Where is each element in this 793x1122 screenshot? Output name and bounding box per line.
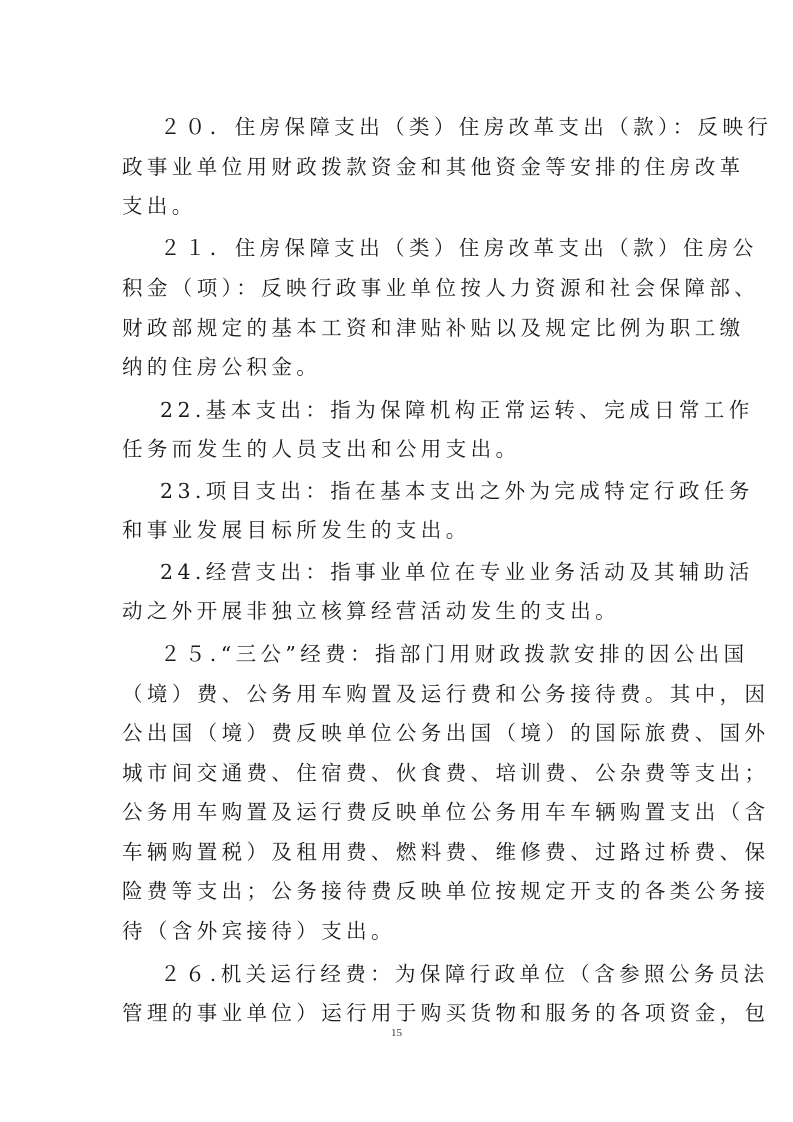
page-number: 15 [0,1027,793,1039]
paragraph-25-line-5: 公务用车购置及运行费反映单位公务用车车辆购置支出（含 [122,797,682,827]
paragraph-21-line-2: 积金（项）：反映行政事业单位按人力资源和社会保障部、 [122,273,682,303]
paragraph-23-line-2: 和事业发展目标所发生的支出。 [122,515,682,545]
paragraph-25-line-4: 城市间交通费、住宿费、伙食费、培训费、公杂费等支出； [122,758,682,788]
paragraph-26-line-2: 管理的事业单位）运行用于购买货物和服务的各项资金，包 [122,998,682,1028]
paragraph-20-line-2: 政事业单位用财政拨款资金和其他资金等安排的住房改革 [122,152,682,182]
document-page: ２０．住房保障支出（类）住房改革支出（款）：反映行 政事业单位用财政拨款资金和其… [0,0,793,1122]
paragraph-26-line-1: ２６.机关运行经费：为保障行政单位（含参照公务员法 [160,959,720,989]
paragraph-21-line-3: 财政部规定的基本工资和津贴补贴以及规定比例为职工缴 [122,313,682,343]
paragraph-21-line-4: 纳的住房公积金。 [122,352,682,382]
paragraph-23-line-1: 23.项目支出：指在基本支出之外为完成特定行政任务 [160,476,720,506]
paragraph-20-line-3: 支出。 [122,191,682,221]
paragraph-25-line-1: ２５.“三公”经费：指部门用财政拨款安排的因公出国 [160,639,720,669]
paragraph-21-line-1: ２１．住房保障支出（类）住房改革支出（款）住房公 [160,233,720,263]
paragraph-22-line-1: 22.基本支出：指为保障机构正常运转、完成日常工作 [160,395,720,425]
paragraph-25-line-8: 待（含外宾接待）支出。 [122,916,682,946]
paragraph-20-line-1: ２０．住房保障支出（类）住房改革支出（款）：反映行 [160,112,720,142]
paragraph-25-line-2: （境）费、公务用车购置及运行费和公务接待费。其中，因 [122,679,682,709]
paragraph-24-line-1: 24.经营支出：指事业单位在专业业务活动及其辅助活 [160,557,720,587]
paragraph-24-line-2: 动之外开展非独立核算经营活动发生的支出。 [122,596,682,626]
paragraph-25-line-7: 险费等支出；公务接待费反映单位按规定开支的各类公务接 [122,876,682,906]
paragraph-25-line-3: 公出国（境）费反映单位公务出国（境）的国际旅费、国外 [122,718,682,748]
paragraph-22-line-2: 任务而发生的人员支出和公用支出。 [122,434,682,464]
paragraph-25-line-6: 车辆购置税）及租用费、燃料费、维修费、过路过桥费、保 [122,837,682,867]
